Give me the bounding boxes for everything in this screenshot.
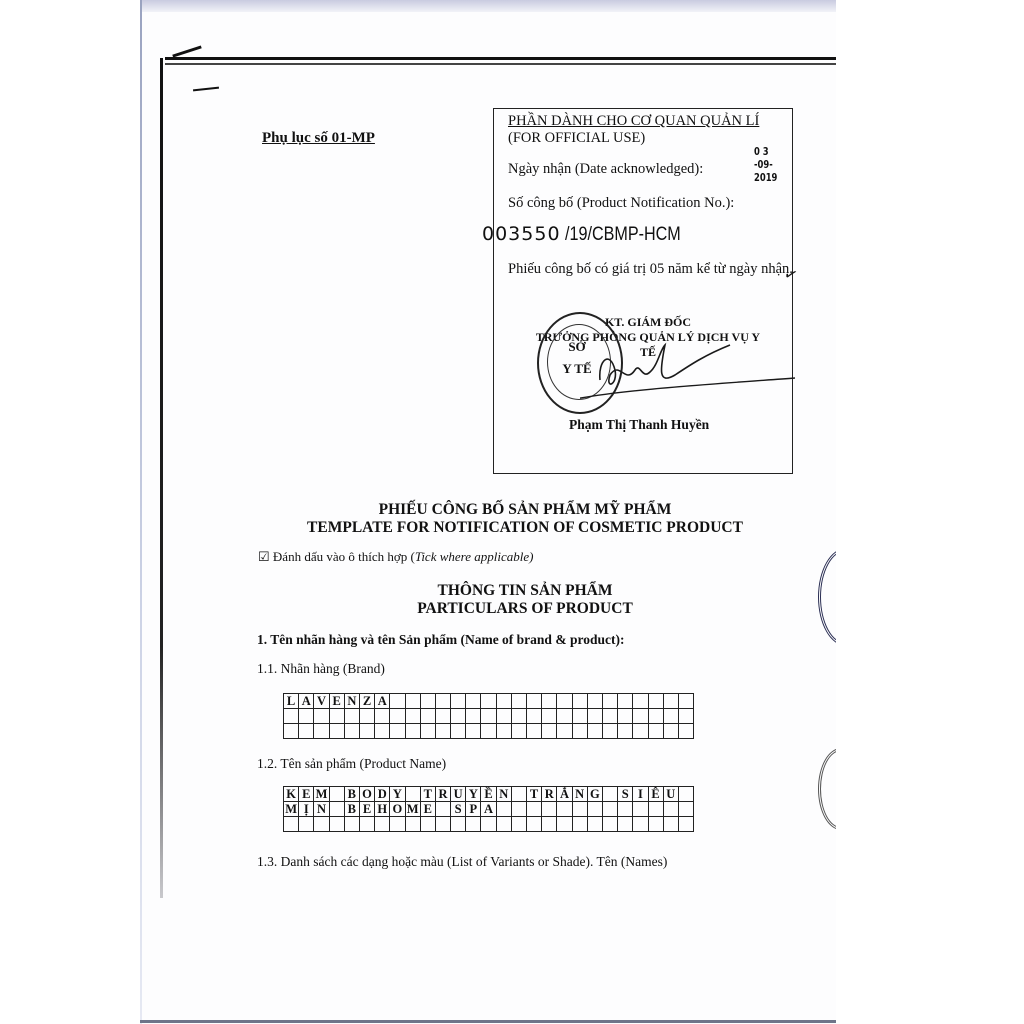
- grid-cell: [542, 817, 557, 832]
- scan-background: [0, 0, 140, 1024]
- grid-cell: [466, 817, 481, 832]
- grid-cell: [511, 709, 526, 724]
- grid-cell: [663, 694, 678, 709]
- form-title-en: TEMPLATE FOR NOTIFICATION OF COSMETIC PR…: [255, 519, 795, 537]
- grid-cell: [542, 694, 557, 709]
- grid-cell: L: [284, 694, 299, 709]
- grid-cell: [572, 802, 587, 817]
- grid-cell: [557, 802, 572, 817]
- page-top-edge: [140, 0, 880, 12]
- grid-cell: [648, 709, 663, 724]
- grid-cell: [587, 709, 602, 724]
- tick-instruction: ☑ Đánh dấu vào ô thích hợp (Tick where a…: [258, 549, 533, 565]
- question-1-heading: 1. Tên nhãn hàng và tên Sản phẩm (Name o…: [257, 632, 624, 648]
- tick-instruction-en: Tick where applicable): [415, 549, 534, 564]
- grid-cell: [299, 724, 314, 739]
- grid-cell: R: [435, 787, 450, 802]
- section-title-vi: THÔNG TIN SẢN PHẨM: [255, 582, 795, 600]
- grid-cell: [284, 709, 299, 724]
- grid-cell: [572, 724, 587, 739]
- grid-cell: [678, 724, 693, 739]
- grid-cell: S: [451, 802, 466, 817]
- grid-cell: [405, 817, 420, 832]
- grid-cell: [602, 709, 617, 724]
- appendix-label: Phụ lục số 01-MP: [262, 130, 375, 147]
- grid-cell: [678, 787, 693, 802]
- grid-cell: [420, 724, 435, 739]
- form-title-vi: PHIẾU CÔNG BỐ SẢN PHẨM MỸ PHẨM: [255, 501, 795, 519]
- brand-grid-row: LAVENZA: [284, 694, 694, 709]
- grid-cell: G: [587, 787, 602, 802]
- grid-cell: M: [405, 802, 420, 817]
- grid-cell: [496, 694, 511, 709]
- grid-cell: [542, 709, 557, 724]
- grid-cell: [481, 694, 496, 709]
- grid-cell: [542, 802, 557, 817]
- grid-cell: B: [344, 802, 359, 817]
- grid-cell: [572, 817, 587, 832]
- grid-cell: N: [314, 802, 329, 817]
- grid-cell: [557, 694, 572, 709]
- grid-cell: [329, 724, 344, 739]
- notification-number-digits: 003550: [482, 223, 561, 245]
- grid-cell: [678, 817, 693, 832]
- grid-cell: [314, 709, 329, 724]
- frame-top-line: [165, 57, 841, 60]
- grid-cell: [405, 709, 420, 724]
- grid-cell: [329, 787, 344, 802]
- grid-cell: [390, 694, 405, 709]
- grid-cell: [344, 817, 359, 832]
- signature-icon: [580, 340, 810, 410]
- grid-cell: [344, 709, 359, 724]
- grid-cell: [299, 817, 314, 832]
- grid-cell: [481, 724, 496, 739]
- grid-cell: [451, 694, 466, 709]
- section-title-en: PARTICULARS OF PRODUCT: [255, 600, 795, 618]
- grid-cell: N: [496, 787, 511, 802]
- grid-cell: [663, 817, 678, 832]
- product-grid-row: MỊNBEHOMESPA: [284, 802, 694, 817]
- grid-cell: [527, 724, 542, 739]
- grid-cell: [602, 694, 617, 709]
- grid-cell: E: [420, 802, 435, 817]
- grid-cell: [511, 724, 526, 739]
- grid-cell: [420, 694, 435, 709]
- brand-grid-row: [284, 709, 694, 724]
- grid-cell: [375, 724, 390, 739]
- grid-cell: [451, 817, 466, 832]
- grid-cell: [648, 724, 663, 739]
- grid-cell: [587, 724, 602, 739]
- grid-cell: [466, 724, 481, 739]
- grid-cell: [420, 709, 435, 724]
- grid-cell: [405, 724, 420, 739]
- grid-cell: H: [375, 802, 390, 817]
- notification-number-label: Số công bố (Product Notification No.):: [508, 195, 734, 212]
- grid-cell: [496, 724, 511, 739]
- grid-cell: M: [284, 802, 299, 817]
- grid-cell: [344, 724, 359, 739]
- grid-cell: [390, 817, 405, 832]
- grid-cell: Y: [390, 787, 405, 802]
- grid-cell: A: [299, 694, 314, 709]
- grid-cell: [557, 724, 572, 739]
- grid-cell: [633, 802, 648, 817]
- frame-top-line-secondary: [165, 63, 841, 65]
- grid-cell: [466, 694, 481, 709]
- grid-cell: [678, 694, 693, 709]
- grid-cell: [633, 817, 648, 832]
- grid-cell: O: [390, 802, 405, 817]
- grid-cell: Ê: [648, 787, 663, 802]
- grid-cell: [602, 817, 617, 832]
- grid-cell: [359, 724, 374, 739]
- grid-cell: [481, 709, 496, 724]
- grid-cell: [678, 709, 693, 724]
- grid-cell: [511, 694, 526, 709]
- grid-cell: [481, 817, 496, 832]
- grid-cell: [587, 694, 602, 709]
- grid-cell: [572, 694, 587, 709]
- grid-cell: [511, 787, 526, 802]
- grid-cell: T: [527, 787, 542, 802]
- grid-cell: N: [572, 787, 587, 802]
- grid-cell: [587, 817, 602, 832]
- grid-cell: [648, 802, 663, 817]
- brand-grid-row: [284, 724, 694, 739]
- grid-cell: [375, 709, 390, 724]
- grid-cell: [314, 817, 329, 832]
- grid-cell: [602, 802, 617, 817]
- grid-cell: U: [451, 787, 466, 802]
- grid-cell: [663, 724, 678, 739]
- grid-cell: [602, 724, 617, 739]
- grid-cell: [663, 709, 678, 724]
- grid-cell: Z: [359, 694, 374, 709]
- grid-cell: [329, 709, 344, 724]
- question-1-2-label: 1.2. Tên sản phẩm (Product Name): [257, 756, 446, 772]
- grid-cell: T: [420, 787, 435, 802]
- grid-cell: [451, 709, 466, 724]
- grid-cell: [602, 787, 617, 802]
- date-acknowledged-label: Ngày nhận (Date acknowledged):: [508, 161, 703, 178]
- tick-instruction-vi: Đánh dấu vào ô thích hợp (: [273, 549, 415, 564]
- grid-cell: Ị: [299, 802, 314, 817]
- grid-cell: [405, 694, 420, 709]
- page-bottom-edge: [140, 1020, 880, 1023]
- grid-cell: [618, 817, 633, 832]
- grid-cell: [496, 709, 511, 724]
- grid-cell: [557, 817, 572, 832]
- grid-cell: [466, 709, 481, 724]
- grid-cell: [618, 709, 633, 724]
- grid-cell: [375, 817, 390, 832]
- grid-cell: [359, 709, 374, 724]
- grid-cell: [314, 724, 329, 739]
- grid-cell: [648, 694, 663, 709]
- grid-cell: [587, 802, 602, 817]
- grid-cell: [648, 817, 663, 832]
- question-1-1-label: 1.1. Nhãn hàng (Brand): [257, 661, 385, 677]
- grid-cell: [390, 709, 405, 724]
- product-name-grid: KEMBODYTRUYỀNTRẮNGSIÊUMỊNBEHOMESPA: [283, 786, 694, 832]
- notification-number: 003550 /19/CBMP-HCM: [482, 223, 701, 246]
- product-grid-row: [284, 817, 694, 832]
- grid-cell: D: [375, 787, 390, 802]
- grid-cell: [284, 817, 299, 832]
- grid-cell: B: [344, 787, 359, 802]
- grid-cell: [633, 709, 648, 724]
- grid-cell: [284, 724, 299, 739]
- grid-cell: [451, 724, 466, 739]
- grid-cell: [435, 724, 450, 739]
- brand-grid: LAVENZA: [283, 693, 694, 739]
- grid-cell: E: [359, 802, 374, 817]
- grid-cell: [511, 817, 526, 832]
- notification-number-suffix: /19/CBMP-HCM: [565, 224, 681, 246]
- grid-cell: [572, 709, 587, 724]
- grid-cell: [618, 694, 633, 709]
- section-title: THÔNG TIN SẢN PHẨM PARTICULARS OF PRODUC…: [255, 582, 795, 618]
- scan-background-right: [836, 0, 1024, 1024]
- official-use-box: PHẦN DÀNH CHO CƠ QUAN QUẢN LÍ (FOR OFFIC…: [493, 108, 793, 474]
- grid-cell: [511, 802, 526, 817]
- grid-cell: [527, 817, 542, 832]
- grid-cell: [496, 802, 511, 817]
- page-left-edge: [140, 0, 142, 1024]
- grid-cell: [633, 694, 648, 709]
- grid-cell: [435, 817, 450, 832]
- grid-cell: R: [542, 787, 557, 802]
- grid-cell: E: [329, 694, 344, 709]
- grid-cell: S: [618, 787, 633, 802]
- grid-cell: [405, 787, 420, 802]
- form-title: PHIẾU CÔNG BỐ SẢN PHẨM MỸ PHẨM TEMPLATE …: [255, 501, 795, 537]
- grid-cell: [618, 724, 633, 739]
- frame-left-line: [160, 58, 163, 898]
- grid-cell: Y: [466, 787, 481, 802]
- grid-cell: I: [633, 787, 648, 802]
- grid-cell: [527, 694, 542, 709]
- grid-cell: [542, 724, 557, 739]
- grid-cell: [359, 817, 374, 832]
- grid-cell: K: [284, 787, 299, 802]
- grid-cell: A: [375, 694, 390, 709]
- grid-cell: [633, 724, 648, 739]
- official-use-title-en: (FOR OFFICIAL USE): [508, 130, 645, 147]
- grid-cell: [435, 802, 450, 817]
- grid-cell: N: [344, 694, 359, 709]
- grid-cell: [329, 802, 344, 817]
- official-use-title: PHẦN DÀNH CHO CƠ QUAN QUẢN LÍ (FOR OFFIC…: [508, 113, 759, 147]
- grid-cell: P: [466, 802, 481, 817]
- grid-cell: [663, 802, 678, 817]
- grid-cell: [420, 817, 435, 832]
- grid-cell: [527, 802, 542, 817]
- grid-cell: [329, 817, 344, 832]
- date-stamp: 0 3 -09- 2019: [754, 145, 786, 184]
- grid-cell: [557, 709, 572, 724]
- official-use-title-vi: PHẦN DÀNH CHO CƠ QUAN QUẢN LÍ: [508, 113, 759, 130]
- grid-cell: [678, 802, 693, 817]
- product-grid-row: KEMBODYTRUYỀNTRẮNGSIÊU: [284, 787, 694, 802]
- grid-cell: [618, 802, 633, 817]
- grid-cell: [496, 817, 511, 832]
- grid-cell: [299, 709, 314, 724]
- grid-cell: [435, 694, 450, 709]
- grid-cell: V: [314, 694, 329, 709]
- grid-cell: [390, 724, 405, 739]
- signer-name: Phạm Thị Thanh Huyền: [569, 417, 709, 433]
- validity-note: Phiếu công bố có giá trị 05 năm kể từ ng…: [508, 261, 793, 278]
- grid-cell: Ề: [481, 787, 496, 802]
- grid-cell: M: [314, 787, 329, 802]
- grid-cell: U: [663, 787, 678, 802]
- question-1-3-label: 1.3. Danh sách các dạng hoặc màu (List o…: [257, 854, 667, 870]
- grid-cell: Ắ: [557, 787, 572, 802]
- checkbox-checked-icon: ☑: [258, 549, 270, 564]
- grid-cell: E: [299, 787, 314, 802]
- grid-cell: [435, 709, 450, 724]
- grid-cell: A: [481, 802, 496, 817]
- grid-cell: [527, 709, 542, 724]
- grid-cell: O: [359, 787, 374, 802]
